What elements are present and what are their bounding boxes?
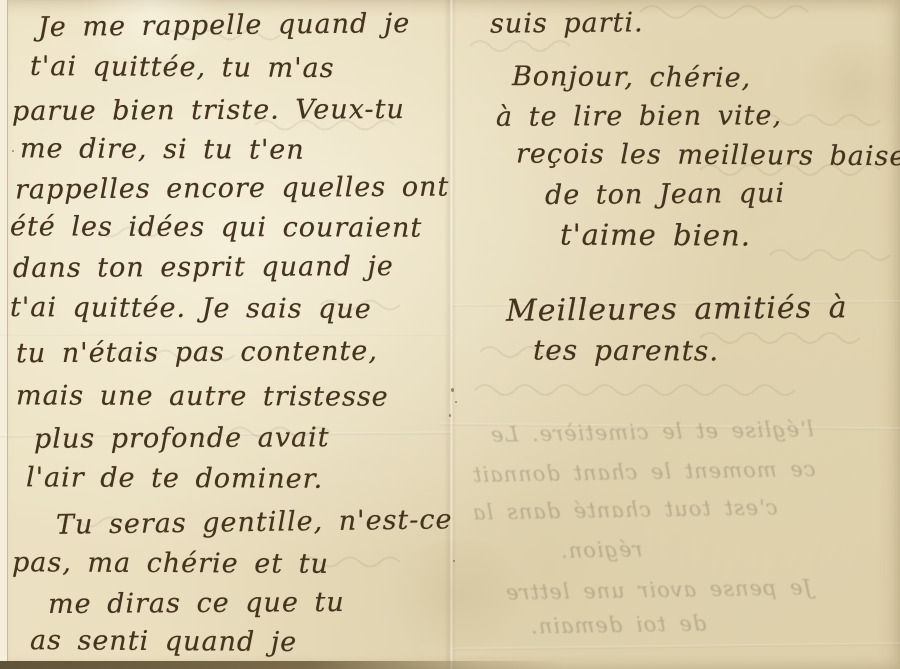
handwritten-line: t'ai quittée, tu m'as xyxy=(30,51,335,84)
handwritten-line: mais une autre tristesse xyxy=(16,380,389,412)
handwritten-line: dans ton esprit quand je xyxy=(13,251,394,284)
handwritten-line: Meilleures amitiés à xyxy=(506,290,848,329)
handwritten-line: de ton Jean qui xyxy=(545,178,785,211)
bleedthrough-line: région. xyxy=(560,537,643,562)
handwritten-line: t'ai quittée. Je sais que xyxy=(10,292,372,325)
handwritten-line: reçois les meilleurs baisers xyxy=(516,139,900,173)
handwritten-line: me dire, si tu t'en xyxy=(20,133,305,165)
handwritten-line: tu n'étais pas contente, xyxy=(16,336,378,370)
bleedthrough-line: de toi demain. xyxy=(530,611,707,638)
handwritten-line: rappelles encore quelles ont xyxy=(15,171,450,205)
handwritten-line: Tu seras gentille, n'est-ce xyxy=(56,504,453,541)
handwritten-line: tes parents. xyxy=(533,334,719,368)
handwritten-line: plus profonde avait xyxy=(34,422,330,455)
handwritten-line: parue bien triste. Veux-tu xyxy=(12,94,405,127)
handwritten-line: Bonjour, chérie, xyxy=(512,61,751,94)
handwritten-line: l'air de te dominer. xyxy=(26,462,323,495)
handwritten-line: été les idées qui couraient xyxy=(10,211,422,243)
handwritten-line: t'aime bien. xyxy=(560,218,751,253)
handwritten-line: suis parti. xyxy=(490,7,644,39)
handwritten-line: me diras ce que tu xyxy=(48,587,345,620)
handwritten-line: as senti quand je xyxy=(30,625,297,658)
handwritten-line: Je me rappelle quand je xyxy=(38,8,411,43)
handwritten-line: pas, ma chérie et tu xyxy=(12,547,329,580)
handwritten-line: à te lire bien vite, xyxy=(496,100,782,132)
letter-scan: Je me rappelle quand je t'ai quittée, tu… xyxy=(0,0,900,669)
